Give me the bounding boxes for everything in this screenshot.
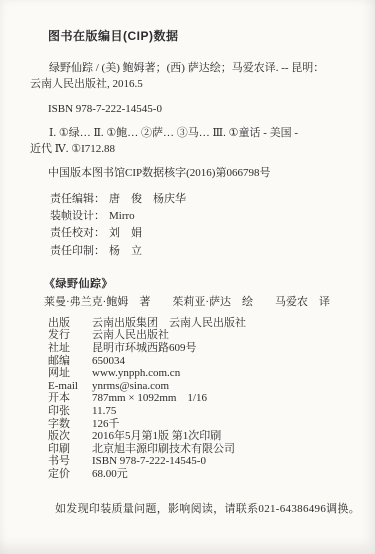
cip-record-number: 中国版本图书馆CIP数据核字(2016)第066798号 xyxy=(48,164,375,180)
cip-description-line2: 云南人民出版社, 2016.5 xyxy=(30,76,359,92)
row-value: 2016年5月第1版 第1次印刷 xyxy=(92,430,375,443)
row-value: ISBN 978-7-222-14545-0 xyxy=(92,455,375,468)
table-row-word-count: 字数 126千 xyxy=(48,418,375,431)
classification-line2: 近代 Ⅳ. ①I712.88 xyxy=(30,141,359,157)
row-value: www.ynpph.com.cn xyxy=(92,367,375,380)
staff-label: 责任印制： xyxy=(50,245,105,257)
staff-row-editor: 责任编辑：唐 俊 杨庆华 xyxy=(50,191,375,208)
table-row-sheets: 印张 11.75 xyxy=(48,405,375,418)
row-value: 北京旭丰源印刷技术有限公司 xyxy=(92,443,375,456)
cip-classification: Ⅰ. ①绿… Ⅱ. ①鲍… ②萨… ③马… Ⅲ. ①童话 - 美国 - 近代 Ⅳ… xyxy=(30,125,359,157)
book-credits: 莱曼·弗兰克·鲍姆 著 茱莉亚·萨达 绘 马爱农 译 xyxy=(44,293,375,309)
row-label: 发行 xyxy=(48,329,92,342)
row-value: 126千 xyxy=(92,418,375,431)
cip-description: 绿野仙踪 / (美) 鲍姆著；(西) 萨达绘；马爱农译. -- 昆明： 云南人民… xyxy=(30,60,359,92)
classification-line1: Ⅰ. ①绿… Ⅱ. ①鲍… ②萨… ③马… Ⅲ. ①童话 - 美国 - xyxy=(30,125,359,141)
cip-description-line1: 绿野仙踪 / (美) 鲍姆著；(西) 萨达绘；马爱农译. -- 昆明： xyxy=(30,60,359,76)
row-label: 印张 xyxy=(48,405,92,418)
row-label: 书号 xyxy=(48,455,92,468)
row-label: E-mail xyxy=(48,380,92,393)
staff-value: 杨 立 xyxy=(109,245,142,257)
staff-row-proofreader: 责任校对：刘 娟 xyxy=(50,225,375,242)
row-label: 印刷 xyxy=(48,443,92,456)
table-row-address: 社址 昆明市环城西路609号 xyxy=(48,342,375,355)
table-row-distributor: 发行 云南人民出版社 xyxy=(48,329,375,342)
staff-label: 责任编辑： xyxy=(50,193,105,205)
table-row-printing-company: 印刷 北京旭丰源印刷技术有限公司 xyxy=(48,443,375,456)
row-value: 昆明市环城西路609号 xyxy=(92,342,375,355)
row-value: 11.75 xyxy=(92,405,375,418)
table-row-edition: 版次 2016年5月第1版 第1次印刷 xyxy=(48,430,375,443)
colophon-page: 图书在版编目(CIP)数据 绿野仙踪 / (美) 鲍姆著；(西) 萨达绘；马爱农… xyxy=(0,0,375,554)
row-label: 出版 xyxy=(48,317,92,330)
staff-label: 责任校对： xyxy=(50,227,105,239)
row-value: 云南出版集团 云南人民出版社 xyxy=(92,317,375,330)
staff-value: 唐 俊 杨庆华 xyxy=(109,193,186,205)
row-label: 社址 xyxy=(48,342,92,355)
table-row-postcode: 邮编 650034 xyxy=(48,355,375,368)
staff-block: 责任编辑：唐 俊 杨庆华 装帧设计：Mirro 责任校对：刘 娟 责任印制：杨 … xyxy=(50,191,375,260)
row-value: 650034 xyxy=(92,355,375,368)
staff-value: Mirro xyxy=(109,210,135,222)
table-row-publisher: 出版 云南出版集团 云南人民出版社 xyxy=(48,317,375,330)
row-label: 字数 xyxy=(48,418,92,431)
row-label: 版次 xyxy=(48,430,92,443)
publication-details-table: 出版 云南出版集团 云南人民出版社 发行 云南人民出版社 社址 昆明市环城西路6… xyxy=(48,317,375,481)
row-label: 邮编 xyxy=(48,355,92,368)
book-title: 《绿野仙踪》 xyxy=(44,275,375,291)
row-label: 开本 xyxy=(48,392,92,405)
row-value: 787mm × 1092mm 1/16 xyxy=(92,392,375,405)
table-row-email: E-mail ynrms@sina.com xyxy=(48,380,375,393)
cip-header: 图书在版编目(CIP)数据 xyxy=(48,27,375,44)
table-row-book-number: 书号 ISBN 978-7-222-14545-0 xyxy=(48,455,375,468)
isbn-line: ISBN 978-7-222-14545-0 xyxy=(48,103,375,115)
row-value: 云南人民出版社 xyxy=(92,329,375,342)
staff-row-designer: 装帧设计：Mirro xyxy=(50,208,375,225)
row-label: 定价 xyxy=(48,468,92,481)
staff-label: 装帧设计： xyxy=(50,210,105,222)
table-row-format: 开本 787mm × 1092mm 1/16 xyxy=(48,392,375,405)
row-value: ynrms@sina.com xyxy=(92,380,375,393)
row-value: 68.00元 xyxy=(92,468,375,481)
table-row-website: 网址 www.ynpph.com.cn xyxy=(48,367,375,380)
table-row-price: 定价 68.00元 xyxy=(48,468,375,481)
row-label: 网址 xyxy=(48,367,92,380)
staff-row-printer-supervisor: 责任印制：杨 立 xyxy=(50,243,375,260)
staff-value: 刘 娟 xyxy=(109,227,142,239)
quality-note: 如发现印装质量问题，影响阅读，请联系021-64386496调换。 xyxy=(55,500,375,516)
